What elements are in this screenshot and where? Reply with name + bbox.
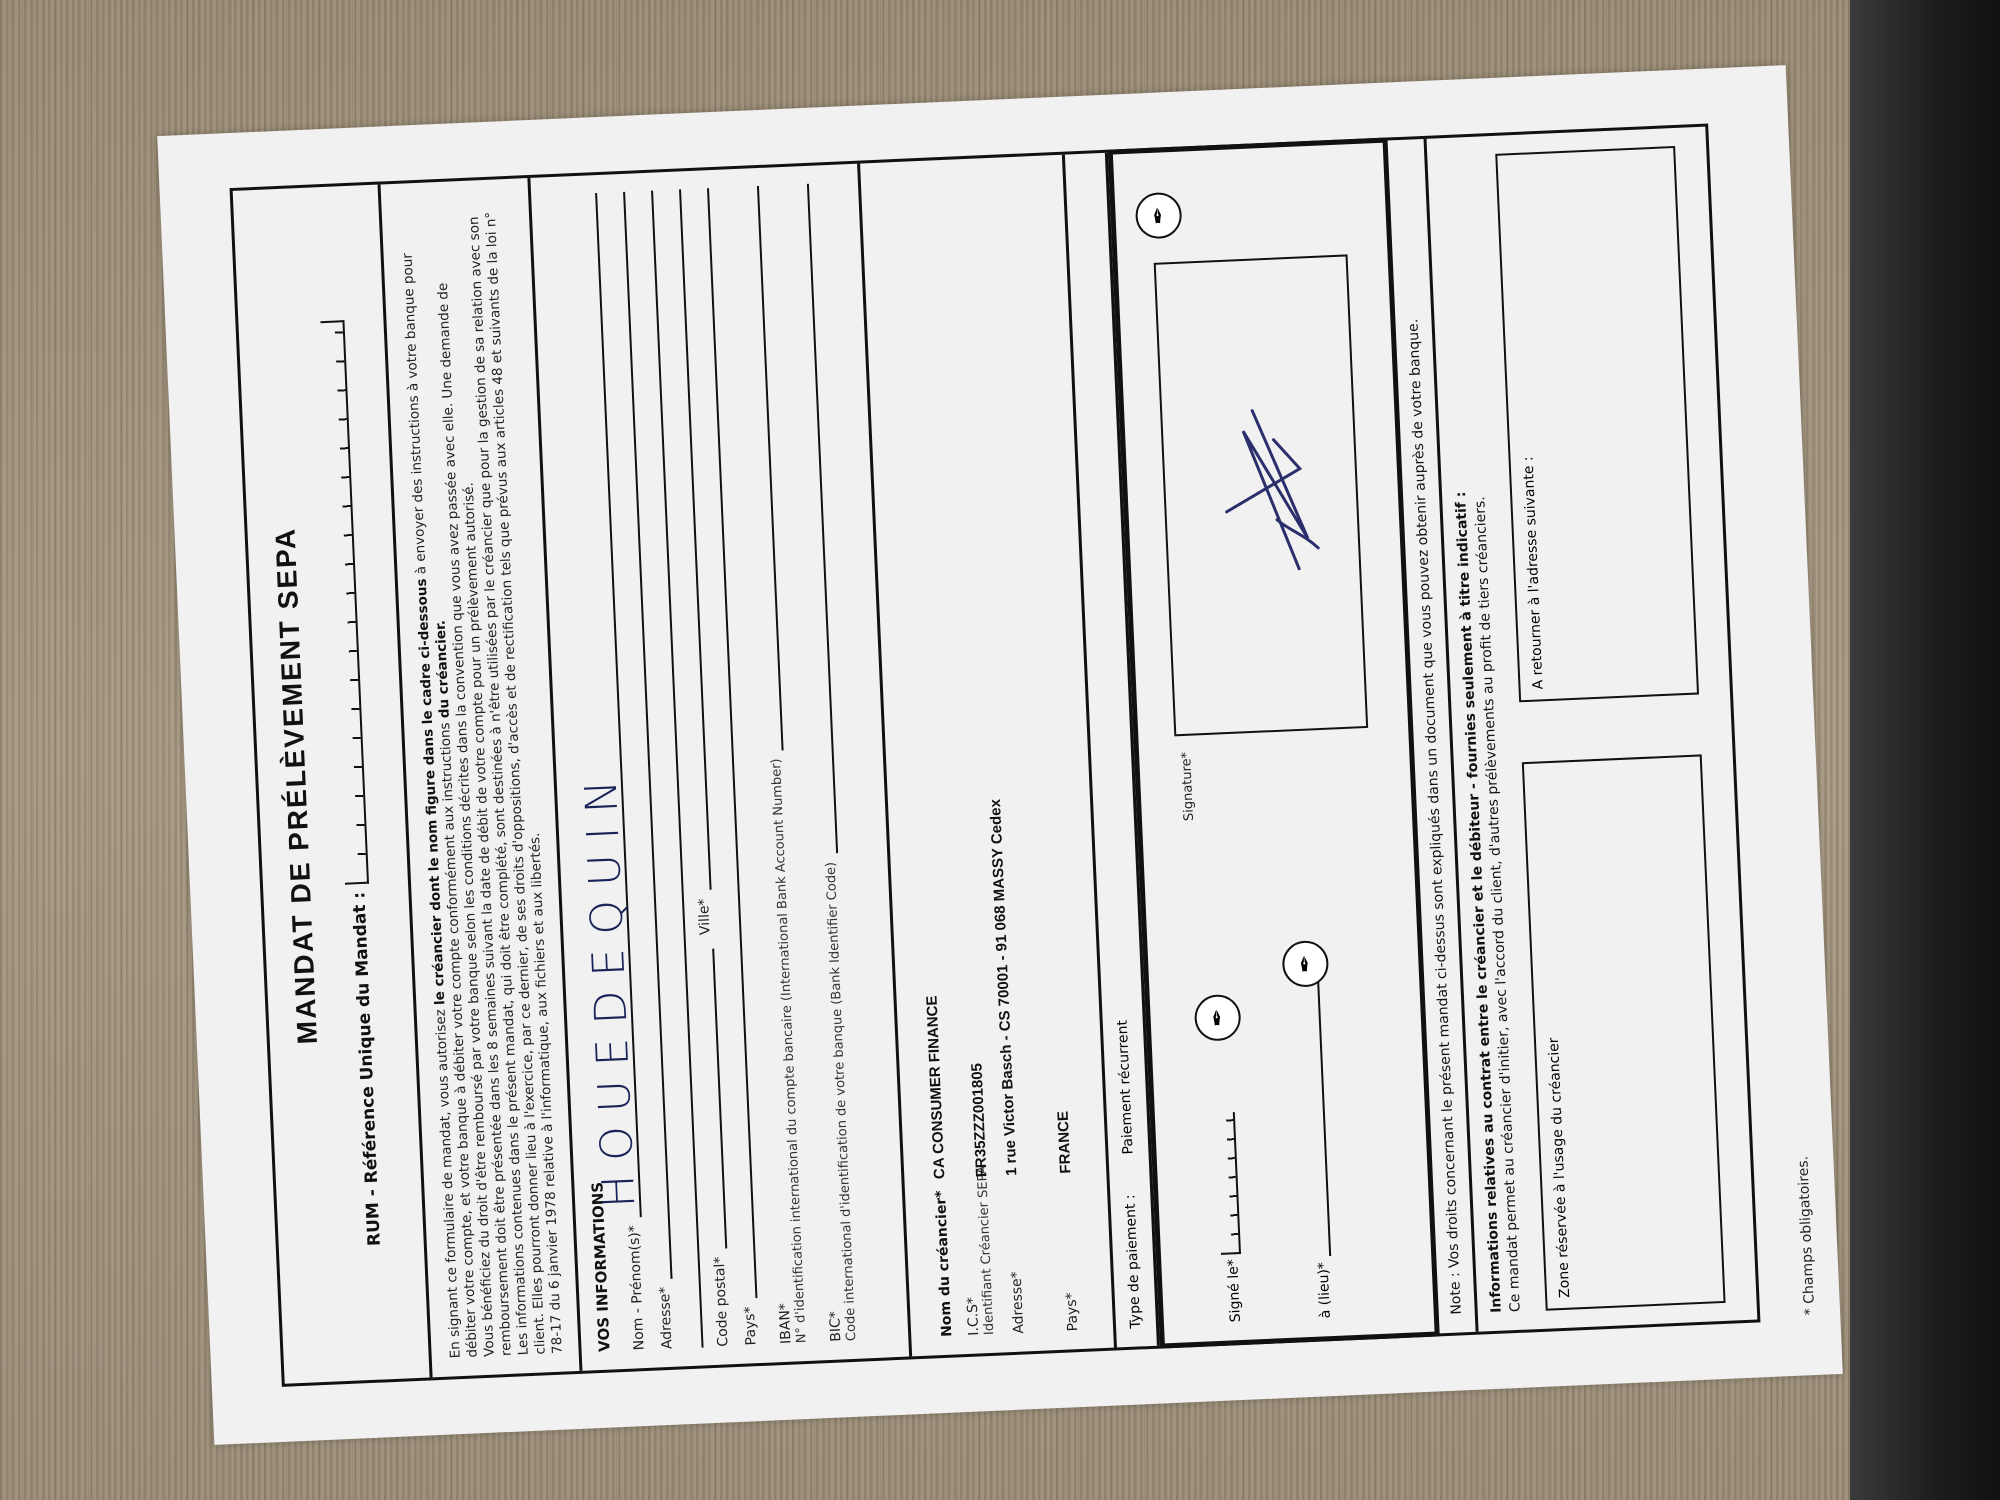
creancier-pays-value: FRANCE [1055, 1111, 1075, 1174]
signe-le-label: Signé le* [1225, 1259, 1244, 1323]
signe-le-date-input[interactable] [1215, 1113, 1241, 1256]
type-paiement-label: Type de paiement : [1122, 1194, 1144, 1329]
footnote: * Champs obligatoires. [1795, 1156, 1818, 1316]
zone-creancier-label: Zone réservée à l'usage du créancier [1546, 1037, 1573, 1298]
pen-icon: ✒ [1281, 940, 1329, 988]
pen-icon: ✒ [1135, 192, 1183, 240]
a-lieu-input[interactable] [1298, 956, 1331, 1257]
pays-label: Pays* [742, 1306, 760, 1346]
dark-background [1850, 0, 2000, 1500]
rum-label: RUM - Référence Unique du Mandat : [349, 891, 384, 1246]
zone-creancier-box: Zone réservée à l'usage du créancier [1522, 754, 1726, 1310]
ics-label-group: I.C.S* Identifiant Créancier SEPA [960, 1185, 998, 1336]
handwritten-signature [1201, 378, 1330, 583]
vos-informations-section: VOS INFORMATIONS Nom - Prénom(s)* HOUEDE… [530, 164, 912, 1371]
signature-label: Signature* [1179, 752, 1197, 822]
creancier-adresse-value: 1 rue Victor Basch - CS 70001 - 91 068 M… [987, 799, 1020, 1177]
a-retourner-label: A retourner à l'adresse suivante : [1520, 456, 1546, 690]
sepa-form: MANDAT DE PRÉLÈVEMENT SEPA RUM - Référen… [230, 124, 1761, 1387]
signature-block: Signé le* ✒ à (lieu)* ✒ Signature* ✒ [1108, 138, 1440, 1349]
creancier-pays-label: Pays* [1059, 1181, 1082, 1332]
type-paiement-value: Paiement récurrent [1115, 1020, 1137, 1155]
signe-le-row: Signé le* [1215, 1113, 1244, 1323]
signature-box[interactable] [1154, 254, 1368, 736]
pen-icon: ✒ [1194, 994, 1242, 1042]
sepa-mandate-paper: MANDAT DE PRÉLÈVEMENT SEPA RUM - Référen… [157, 65, 1843, 1445]
bic-field[interactable] [785, 184, 838, 855]
creancier-adresse-label: Adresse* [1005, 1184, 1028, 1335]
ville-label: Ville* [696, 898, 714, 935]
a-lieu-label: à (lieu)* [1315, 1262, 1333, 1319]
bic-label-group: BIC* Code international d'identification… [808, 862, 860, 1342]
a-retourner-box: A retourner à l'adresse suivante : [1495, 146, 1699, 702]
adresse-label: Adresse* [657, 1286, 676, 1349]
a-lieu-row: à (lieu)* [1298, 956, 1334, 1319]
rum-input[interactable] [320, 320, 369, 885]
